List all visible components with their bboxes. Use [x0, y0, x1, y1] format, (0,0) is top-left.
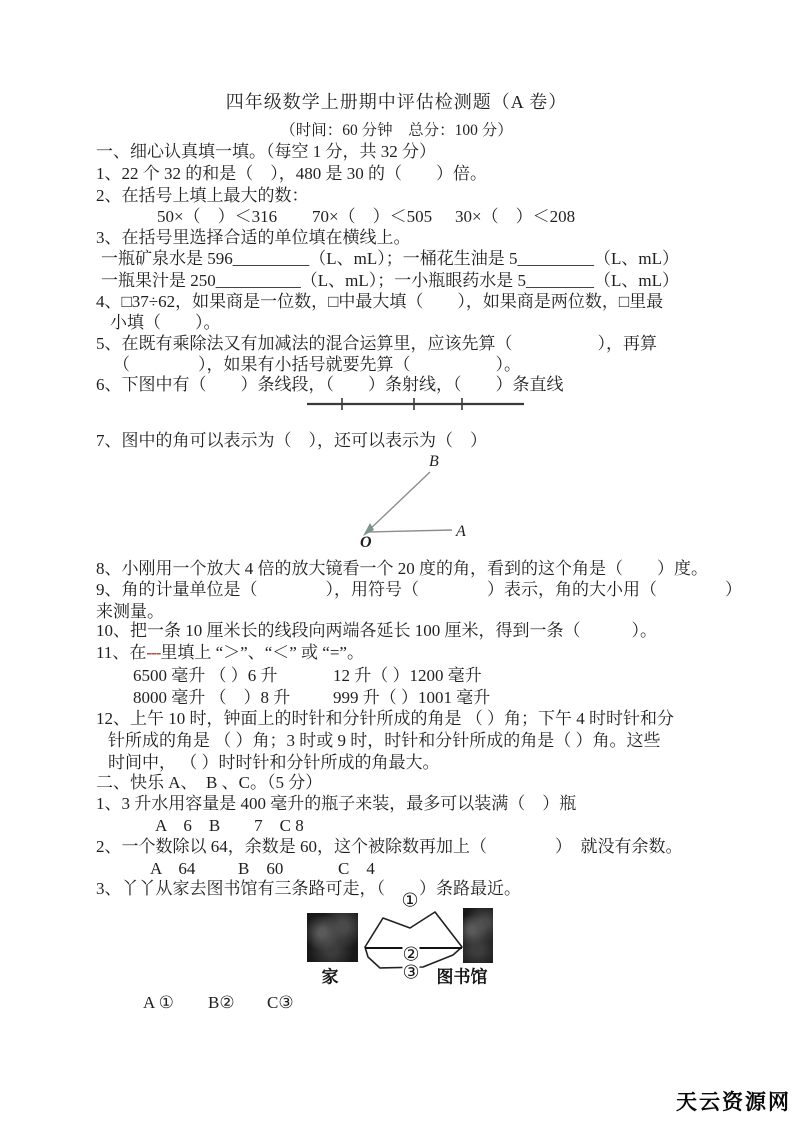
question-5-line-1: 5、在既有乘除法又有加减法的混合运算里，应该先算（ ），再算: [96, 334, 657, 354]
question-2-item-2: 70×（ ）＜505: [312, 207, 432, 227]
library-label: 图书馆: [437, 963, 488, 988]
question-12-line-1: 12、上午 10 时，钟面上的时针和分针所成的角是 （ ）角；下午 4 时时针和…: [96, 709, 674, 729]
choice-question-3-option-c: C③: [267, 993, 294, 1013]
section1-heading: 一、细心认真填一填。（每空 1 分，共 32 分）: [96, 142, 436, 162]
question-12-line-2: 针所成的角是 （ ）角；3 时或 9 时，时针和分针所成的角是（ ）角。这些: [108, 731, 661, 751]
question-11-row1-left: 6500 毫升 （ ）6 升: [133, 666, 278, 686]
question-11-row1-right: 12 升（ ）1200 毫升: [333, 666, 482, 686]
question-3: 3、在括号里选择合适的单位填在横线上。: [96, 228, 411, 248]
home-photo: [307, 913, 358, 962]
point-a-label: A: [455, 523, 466, 540]
library-photo: [463, 908, 493, 963]
question-11-suffix: 里填上 “＞”、“＜” 或 “=”。: [160, 643, 364, 662]
route-1-number: ①: [401, 892, 418, 911]
home-label: 家: [322, 963, 339, 988]
test-paper-page: 四年级数学上册期中评估检测题（A 卷） （时间：60 分钟 总分：100 分） …: [0, 0, 793, 1122]
routes-figure: ① ② ③ 家 图书馆: [295, 885, 565, 990]
question-11-prefix: 11、在: [96, 643, 146, 662]
choice-question-3-option-a: A ①: [143, 993, 174, 1013]
point-b-label: B: [429, 453, 439, 470]
question-4-line-2: 小填（ ）。: [110, 313, 221, 333]
question-4-line-1: 4、□37÷62，如果商是一位数，□中最大填（ ），如果商是两位数，□里最: [96, 292, 663, 312]
question-1: 1、22 个 32 的和是（ ），480 是 30 的（ ）倍。: [96, 164, 487, 184]
choice-question-2: 2、一个数除以 64，余数是 60，这个被除数再加上（ ） 就没有余数。: [96, 837, 683, 857]
question-2-item-3: 30×（ ）＜208: [455, 207, 575, 227]
question-11-row2-right: 999 升（ ）1001 毫升: [333, 688, 490, 708]
page-title: 四年级数学上册期中评估检测题（A 卷）: [0, 92, 793, 112]
question-11-row2-left: 8000 毫升 （ ）8 升: [133, 688, 290, 708]
choice-question-1: 1、3 升水用容量是 400 毫升的瓶子来装，最多可以装满（ ）瓶: [96, 794, 576, 814]
question-11: 11、在---里填上 “＞”、“＜” 或 “=”。: [96, 643, 364, 663]
angle-figure: O A B: [330, 448, 475, 553]
choice-question-1-options: A 6 B 7 C 8: [155, 816, 304, 836]
question-8: 8、小刚用一个放大 4 倍的放大镜看一个 20 度的角，看到的这个角是（ ）度。: [96, 559, 708, 579]
choice-question-2-option-b: B 60: [238, 859, 283, 879]
page-subtitle: （时间：60 分钟 总分：100 分）: [0, 121, 793, 141]
question-9-line-2: 来测量。: [96, 602, 164, 622]
question-2: 2、在括号上填上最大的数：: [96, 186, 309, 206]
vertex-o-label: O: [360, 534, 372, 551]
question-2-item-1: 50×（ ）＜316: [157, 207, 277, 227]
site-watermark: 天云资源网: [676, 1086, 791, 1116]
ray-oa: [367, 530, 452, 532]
question-6: 6、下图中有（ ）条线段，（ ）条射线，（ ）条直线: [96, 375, 564, 395]
choice-question-3-option-b: B②: [208, 993, 235, 1013]
question-3-line-2: 一瓶果汁是 250__________（L、mL）；一小瓶眼药水是 5_____…: [101, 271, 679, 291]
question-9-line-1: 9、角的计量单位是（ ），用符号（ ）表示，角的大小用（ ）: [96, 580, 742, 600]
choice-question-2-option-c: C 4: [338, 859, 375, 879]
question-3-line-1: 一瓶矿泉水是 596_________（L、mL）；一桶花生油是 5______…: [101, 249, 679, 269]
fill-blank-dashes: ---: [146, 643, 160, 662]
question-10: 10、把一条 10 厘米长的线段向两端各延长 100 厘米，得到一条（ ）。: [96, 621, 657, 641]
choice-question-2-option-a: A 64: [150, 859, 195, 879]
route-3-number: ③: [402, 964, 419, 983]
question-5-line-2: （ ），如果有小括号就要先算（ ）。: [113, 355, 521, 375]
line-segment-figure: [298, 395, 533, 415]
question-12-line-3: 时间中， （ ）时时针和分针所成的角最大。: [108, 753, 440, 773]
section2-heading: 二、快乐 A、 B 、C。（5 分）: [96, 773, 322, 793]
ray-ob: [367, 472, 430, 532]
